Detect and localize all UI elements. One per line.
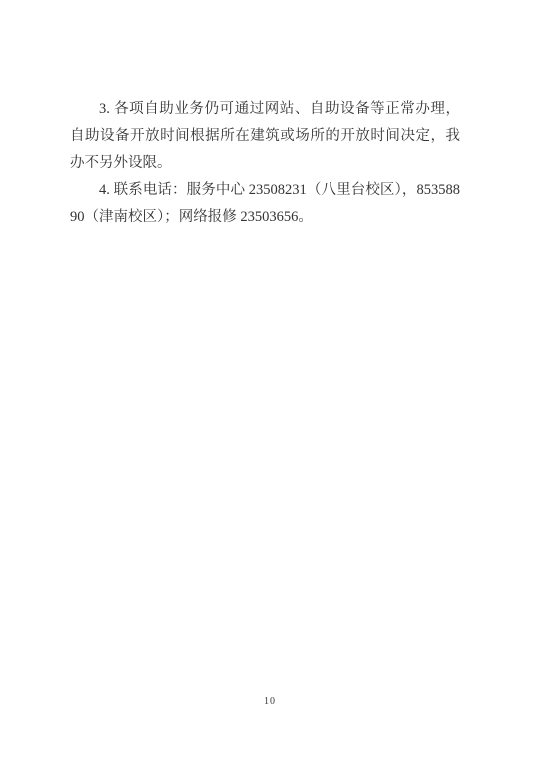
paragraph-item-3: 3. 各项自助业务仍可通过网站、自助设备等正常办理，自助设备开放时间根据所在建筑… (70, 96, 460, 177)
page-number: 10 (264, 696, 276, 707)
document-body: 3. 各项自助业务仍可通过网站、自助设备等正常办理，自助设备开放时间根据所在建筑… (70, 96, 460, 231)
paragraph-item-4: 4. 联系电话：服务中心 23508231（八里台校区），85358890（津南… (70, 177, 460, 231)
document-page: 3. 各项自助业务仍可通过网站、自助设备等正常办理，自助设备开放时间根据所在建筑… (0, 0, 540, 764)
page-footer: 10 (0, 691, 540, 709)
